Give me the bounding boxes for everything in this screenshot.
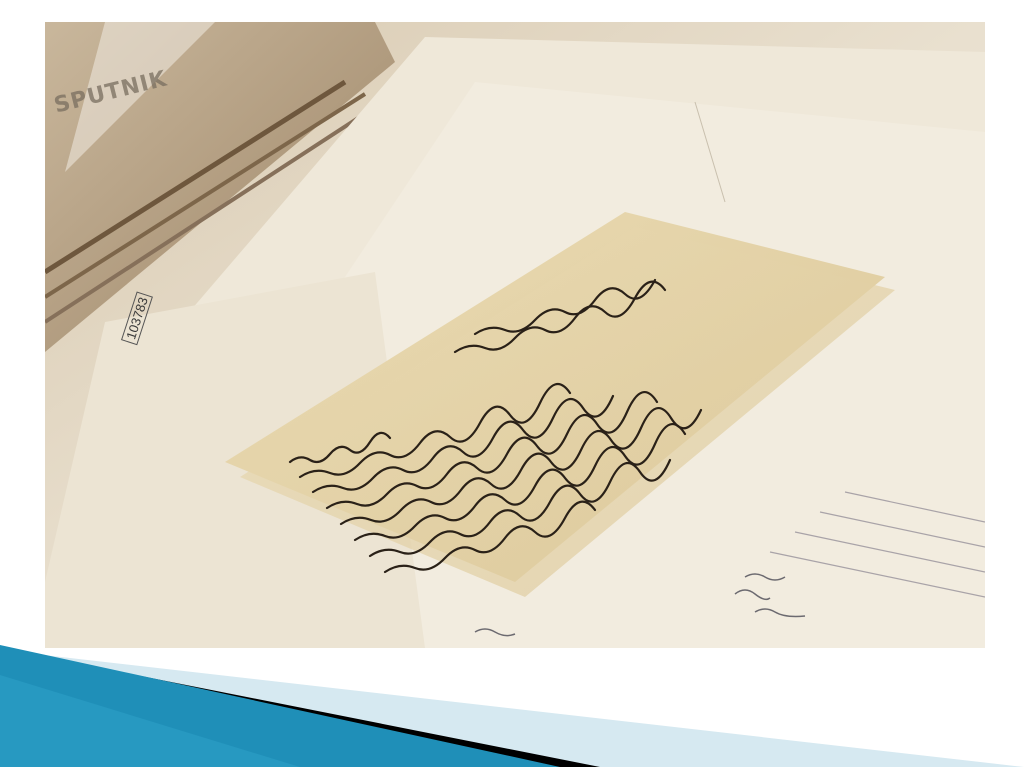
archival-letter-photo: SPUTNIK 103783 xyxy=(45,22,985,648)
photo-scene xyxy=(45,22,985,648)
slide-decoration-stripe xyxy=(0,645,1024,767)
